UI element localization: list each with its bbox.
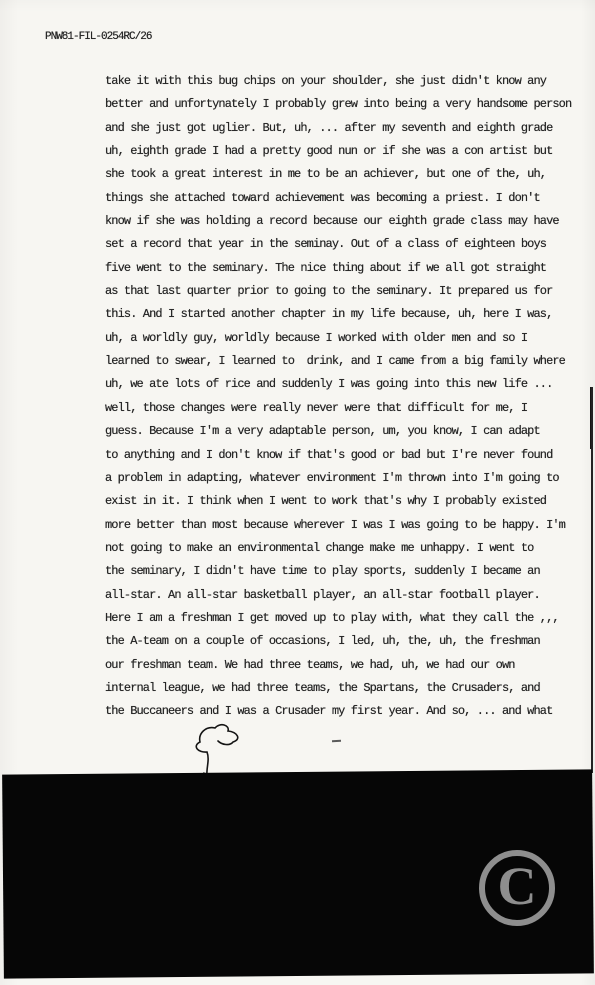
transcript-line: more better than most because wherever I… [105,514,575,537]
transcript-line: she took a great interest in me to be an… [105,163,575,186]
transcript-line: five went to the seminary. The nice thin… [105,257,575,280]
document-id: PNW81-FIL-0254RC/26 [45,31,151,43]
transcript-line: know if she was holding a record because… [105,210,575,233]
transcript-line: uh, we ate lots of rice and suddenly I w… [105,373,575,396]
scan-edge-line [591,387,593,773]
transcript-line: well, those changes were really never we… [105,397,575,420]
transcript-line: to anything and I don't know if that's g… [105,444,575,467]
transcript-line: better and unfortynately I probably grew… [105,93,575,116]
transcript-line: uh, a worldly guy, worldly because I wor… [105,327,575,350]
transcript-line: learned to swear, I learned to drink, an… [105,350,575,373]
transcript-line: and she just got uglier. But, uh, ... af… [105,117,575,140]
copyright-icon: C [479,850,555,926]
transcript-line: exist in it. I think when I went to work… [105,490,575,513]
transcript-text: take it with this bug chips on your shou… [105,70,575,724]
transcript-line: Here I am a freshman I get moved up to p… [105,607,575,630]
transcript-line: set a record that year in the seminay. O… [105,233,575,256]
transcript-line: the A-team on a couple of occasions, I l… [105,630,575,653]
transcript-line: things she attached toward achievement w… [105,187,575,210]
transcript-line: as that last quarter prior to going to t… [105,280,575,303]
transcript-line: internal league, we had three teams, the… [105,677,575,700]
transcript-line: the seminary, I didn't have time to play… [105,560,575,583]
transcript-line: uh, eighth grade I had a pretty good nun… [105,140,575,163]
transcript-line: this. And I started another chapter in m… [105,303,575,326]
transcript-line: our freshman team. We had three teams, w… [105,654,575,677]
copyright-letter: C [498,859,537,913]
transcript-line: a problem in adapting, whatever environm… [105,467,575,490]
transcript-line: all-star. An all-star basketball player,… [105,584,575,607]
transcript-line: guess. Because I'm a very adaptable pers… [105,420,575,443]
transcript-line: take it with this bug chips on your shou… [105,70,575,93]
scanned-page: PNW81-FIL-0254RC/26 take it with this bu… [0,0,595,985]
ink-scribble [170,720,350,778]
transcript-line: not going to make an environmental chang… [105,537,575,560]
